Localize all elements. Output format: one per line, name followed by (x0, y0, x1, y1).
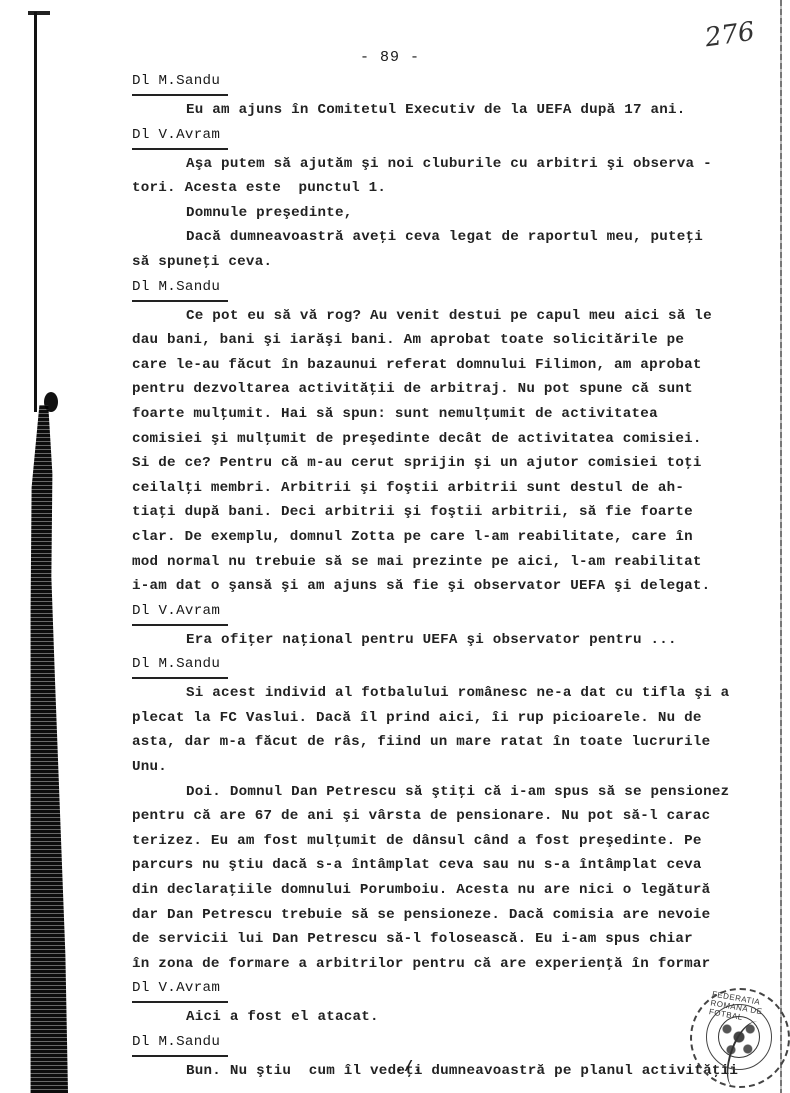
page-number: - 89 - (360, 49, 420, 66)
paragraph: Bun. Nu ştiu cum îl vedeţi dumneavoastră… (132, 1059, 782, 1084)
official-stamp: FEDERATIA ROMANA DE FOTBAL (690, 988, 790, 1088)
paragraph: Aici a fost el atacat. (132, 1005, 782, 1030)
speaker-block: Dl V.AvramAşa putem să ajutăm şi noi clu… (132, 123, 782, 275)
paragraph: Ce pot eu să vă rog? Au venit destui pe … (132, 304, 782, 599)
speaker-block: Dl M.SanduCe pot eu să vă rog? Au venit … (132, 275, 782, 599)
speaker-name: Dl V.Avram (132, 123, 228, 150)
speaker-name: Dl M.Sandu (132, 69, 228, 96)
speaker-name: Dl V.Avram (132, 976, 228, 1003)
binding-shadow (16, 405, 68, 1093)
continuation-mark: ./. (395, 1059, 422, 1076)
paragraph: Eu am ajuns în Comitetul Executiv de la … (132, 98, 782, 123)
speaker-block: Dl M.SanduBun. Nu ştiu cum îl vedeţi dum… (132, 1030, 782, 1084)
binding-mark (28, 11, 50, 15)
paragraph: Dacă dumneavoastră aveţi ceva legat de r… (132, 225, 782, 274)
paragraph: Si acest individ al fotbalului românesc … (132, 681, 782, 779)
speaker-block: Dl V.AvramEra ofiţer naţional pentru UEF… (132, 599, 782, 653)
handwritten-folio-number: 276 (703, 17, 756, 54)
scanned-document-page: - 89 - 276 Dl M.SanduEu am ajuns în Comi… (0, 0, 790, 1093)
paragraph: Doi. Domnul Dan Petrescu să ştiţi că i-a… (132, 780, 782, 977)
binding-edge-line (34, 12, 37, 412)
paragraph: Era ofiţer naţional pentru UEFA şi obser… (132, 628, 782, 653)
speaker-block: Dl V.AvramAici a fost el atacat. (132, 976, 782, 1030)
speaker-name: Dl M.Sandu (132, 275, 228, 302)
paragraph: Domnule preşedinte, (132, 201, 782, 226)
paragraph: Aşa putem să ajutăm şi noi cluburile cu … (132, 152, 782, 201)
speaker-name: Dl M.Sandu (132, 1030, 228, 1057)
transcript-body: Dl M.SanduEu am ajuns în Comitetul Execu… (132, 69, 782, 1084)
speaker-name: Dl V.Avram (132, 599, 228, 626)
speaker-block: Dl M.SanduEu am ajuns în Comitetul Execu… (132, 69, 782, 123)
speaker-block: Dl M.SanduSi acest individ al fotbalului… (132, 652, 782, 976)
speaker-name: Dl M.Sandu (132, 652, 228, 679)
